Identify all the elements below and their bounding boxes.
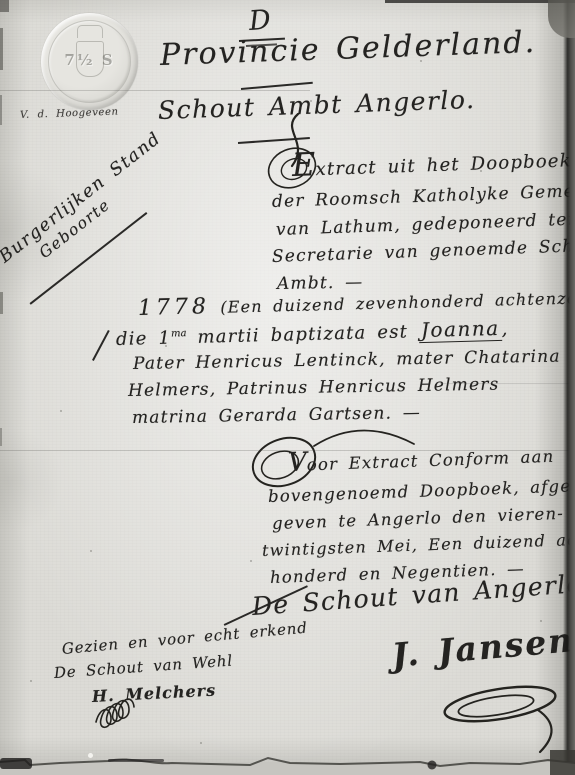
dust-speck — [480, 170, 482, 172]
dust-speck — [30, 680, 32, 682]
white-speck — [88, 753, 93, 758]
dust-speck — [60, 410, 62, 412]
right-page-edge — [563, 0, 575, 775]
embossed-tax-seal: 7½ S — [41, 13, 138, 110]
record-baptism-text: martii baptizata est — [186, 321, 419, 348]
dust-speck — [350, 250, 352, 252]
edge-mark — [0, 428, 2, 446]
record-open-flourish — [92, 330, 110, 361]
edge-mark — [0, 28, 3, 70]
dust-speck — [90, 550, 92, 552]
dust-speck — [520, 300, 522, 302]
dust-speck — [200, 742, 202, 744]
divider-flourish — [241, 82, 313, 90]
dust-speck — [420, 60, 422, 62]
dust-speck — [250, 560, 252, 562]
record-baptism-line: die 1ma martii baptizata est Joanna, — [116, 316, 509, 350]
top-right-corner-shadow — [548, 0, 575, 38]
margin-note: V. d. Hoogeveen — [20, 107, 119, 121]
seal-crown-icon — [77, 25, 103, 38]
top-page-edge — [385, 0, 575, 3]
edge-mark — [0, 95, 2, 125]
diagonal-archival-note: Burgerlijken Stand Geboorte — [0, 128, 177, 283]
record-day-ordinal: ma — [171, 328, 187, 339]
child-name: Joanna — [419, 316, 502, 343]
corner-mark — [0, 0, 9, 12]
extract-line3: van Lathum, gedeponeerd ter — [276, 209, 575, 239]
dust-speck — [165, 345, 167, 347]
extract-line4: Secretarie van genoemde Schout, — [272, 235, 575, 267]
diagonal-note-line1: Burgerlijken Stand — [0, 128, 165, 267]
fold-line — [0, 450, 575, 451]
dust-speck — [540, 620, 542, 622]
torn-bottom-edge — [0, 750, 575, 775]
record-witness-line: Helmers, Patrinus Henricus Helmers — [128, 375, 500, 401]
signature-flourish — [438, 682, 575, 754]
melchers-flourish — [92, 706, 212, 732]
seal-value: 7½ S — [41, 51, 138, 69]
record-year: 1778 — [138, 294, 211, 321]
record-year-words: (Een duizend zevenhonderd achtenzeventig… — [220, 287, 575, 317]
certification-line4: twintigsten Mei, Een duizend acht- — [262, 529, 575, 560]
top-initial: D — [248, 4, 273, 37]
certification-initial: V — [287, 447, 307, 478]
edge-mark — [0, 292, 3, 314]
record-line2-end: , — [501, 319, 508, 340]
certification-line3: geven te Angerlo den vieren- — [272, 504, 565, 533]
record-day: die 1 — [116, 328, 172, 350]
fold-line — [440, 383, 575, 384]
record-parents-line: Pater Henricus Lentinck, mater Chatarina — [133, 347, 561, 374]
province-title: Provincie Gelderland. — [159, 25, 536, 73]
extract-line1-rest: xtract uit het Doopboek — [315, 150, 572, 180]
signature-jansen: J. Jansen — [390, 620, 575, 675]
extract-initial: E — [291, 145, 316, 184]
verification-line1: Gezien en voor echt erkend — [61, 619, 308, 658]
signature-melchers: H. Melchers — [92, 681, 217, 706]
fold-line — [0, 90, 310, 91]
scanned-document-page: 7½ S D Provincie Gelderland. Schout Ambt… — [0, 0, 575, 775]
extract-line1: Extract uit het Doopboek — [291, 136, 572, 184]
dust-speck — [310, 100, 312, 102]
